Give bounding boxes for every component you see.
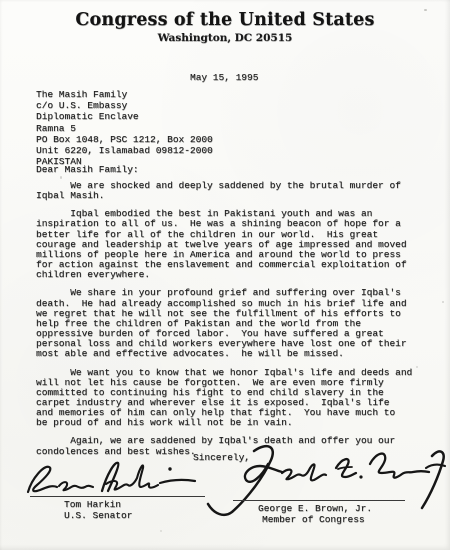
scan-speck xyxy=(60,176,62,179)
paragraph: We share in your profound grief and suff… xyxy=(36,288,412,359)
signer-title-left: U.S. Senator xyxy=(64,510,132,521)
signature-line-left xyxy=(30,496,205,497)
signer-name-right: George E. Brown, Jr. xyxy=(258,503,372,514)
letter-body: We are shocked and deeply saddened by th… xyxy=(36,181,412,465)
paragraph: We are shocked and deeply saddened by th… xyxy=(36,181,412,201)
salutation: Dear Masih Family: xyxy=(36,164,139,175)
address-line: c/o U.S. Embassy xyxy=(36,100,213,111)
scan-speck xyxy=(424,9,427,11)
letterhead-title: Congress of the United States xyxy=(0,10,450,30)
letter-date: May 15, 1995 xyxy=(190,72,258,83)
scanned-letter-page: Congress of the United States Washington… xyxy=(0,0,450,550)
paragraph: Iqbal embodied the best in Pakistani you… xyxy=(36,209,412,280)
address-line: PO Box 1048, PSC 1212, Box 2000 xyxy=(36,134,213,145)
address-line: Unit 6220, Islamabad 09812-2000 xyxy=(36,145,213,156)
address-line: Diplomatic Enclave xyxy=(36,111,213,122)
signature-line-right xyxy=(233,500,405,501)
address-line: Ramna 5 xyxy=(36,123,213,134)
scan-speck xyxy=(416,366,418,368)
scan-speck xyxy=(442,301,444,303)
signer-title-right: Member of Congress xyxy=(262,514,365,525)
recipient-address: The Masih Family c/o U.S. Embassy Diplom… xyxy=(36,89,213,167)
scan-speck xyxy=(160,530,162,532)
paragraph: We want you to know that we honor Iqbal'… xyxy=(36,368,412,429)
signature-tom-harkin xyxy=(20,454,210,499)
letterhead-subtitle: Washington, DC 20515 xyxy=(0,32,450,44)
address-line: The Masih Family xyxy=(36,89,213,100)
letterhead: Congress of the United States Washington… xyxy=(0,10,450,44)
signer-name-left: Tom Harkin xyxy=(64,499,121,510)
